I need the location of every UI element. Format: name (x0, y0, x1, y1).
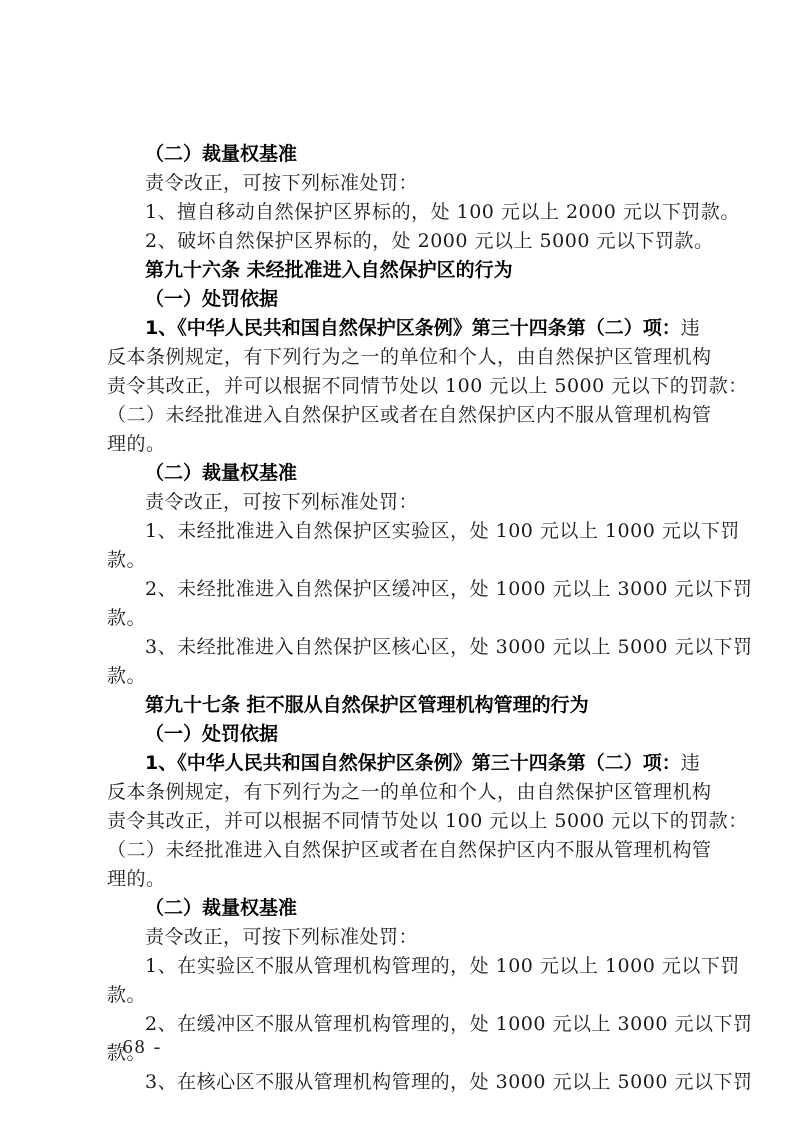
heading-line: （二）裁量权基准 (107, 894, 691, 923)
text-line: 责令改正，可按下列标准处罚： (107, 169, 691, 198)
heading-line: （一）处罚依据 (107, 720, 691, 749)
text-line: 3、在核心区不服从管理机构管理的，处 3000 元以上 5000 元以下罚 (107, 1068, 691, 1097)
text-line: 反本条例规定，有下列行为之一的单位和个人，由自然保护区管理机构 (107, 778, 691, 807)
text-line: 1、在实验区不服从管理机构管理的，处 100 元以上 1000 元以下罚 (107, 952, 691, 981)
text-line: 1、未经批准进入自然保护区实验区，处 100 元以上 1000 元以下罚 (107, 517, 691, 546)
text-line: 反本条例规定，有下列行为之一的单位和个人，由自然保护区管理机构 (107, 343, 691, 372)
text-line: 1、《中华人民共和国自然保护区条例》第三十四条第（二）项：违 (107, 314, 691, 343)
text-line: 款。 (107, 604, 691, 633)
text-line: 理的。 (107, 865, 691, 894)
text-line: 1、《中华人民共和国自然保护区条例》第三十四条第（二）项：违 (107, 749, 691, 778)
text-span: 违 (681, 317, 701, 339)
text-line: 责令其改正，并可以根据不同情节处以 100 元以上 5000 元以下的罚款： (107, 372, 691, 401)
heading-line: （一）处罚依据 (107, 285, 691, 314)
text-line: 责令改正，可按下列标准处罚： (107, 923, 691, 952)
text-line: 款。 (107, 546, 691, 575)
text-line: 款。 (107, 1039, 691, 1068)
text-line: 2、破坏自然保护区界标的，处 2000 元以上 5000 元以下罚款。 (107, 227, 691, 256)
text-line: 款。 (107, 981, 691, 1010)
text-line: （二）未经批准进入自然保护区或者在自然保护区内不服从管理机构管 (107, 401, 691, 430)
text-line: （二）未经批准进入自然保护区或者在自然保护区内不服从管理机构管 (107, 836, 691, 865)
text-line: 款。 (107, 662, 691, 691)
text-line: 1、擅自移动自然保护区界标的，处 100 元以上 2000 元以下罚款。 (107, 198, 691, 227)
bold-citation: 1、《中华人民共和国自然保护区条例》第三十四条第（二）项： (145, 752, 681, 774)
document-body: （二）裁量权基准责令改正，可按下列标准处罚：1、擅自移动自然保护区界标的，处 1… (107, 140, 691, 1097)
heading-line: 第九十六条 未经批准进入自然保护区的行为 (107, 256, 691, 285)
text-line: 3、未经批准进入自然保护区核心区，处 3000 元以上 5000 元以下罚 (107, 633, 691, 662)
text-line: 2、在缓冲区不服从管理机构管理的，处 1000 元以上 3000 元以下罚 (107, 1010, 691, 1039)
text-span: 违 (681, 752, 701, 774)
text-line: 2、未经批准进入自然保护区缓冲区，处 1000 元以上 3000 元以下罚 (107, 575, 691, 604)
heading-line: （二）裁量权基准 (107, 459, 691, 488)
heading-line: （二）裁量权基准 (107, 140, 691, 169)
bold-citation: 1、《中华人民共和国自然保护区条例》第三十四条第（二）项： (145, 317, 681, 339)
text-line: 责令其改正，并可以根据不同情节处以 100 元以上 5000 元以下的罚款： (107, 807, 691, 836)
text-line: 责令改正，可按下列标准处罚： (107, 488, 691, 517)
page-number: - 68 - (107, 1036, 162, 1059)
heading-line: 第九十七条 拒不服从自然保护区管理机构管理的行为 (107, 691, 691, 720)
text-line: 理的。 (107, 430, 691, 459)
